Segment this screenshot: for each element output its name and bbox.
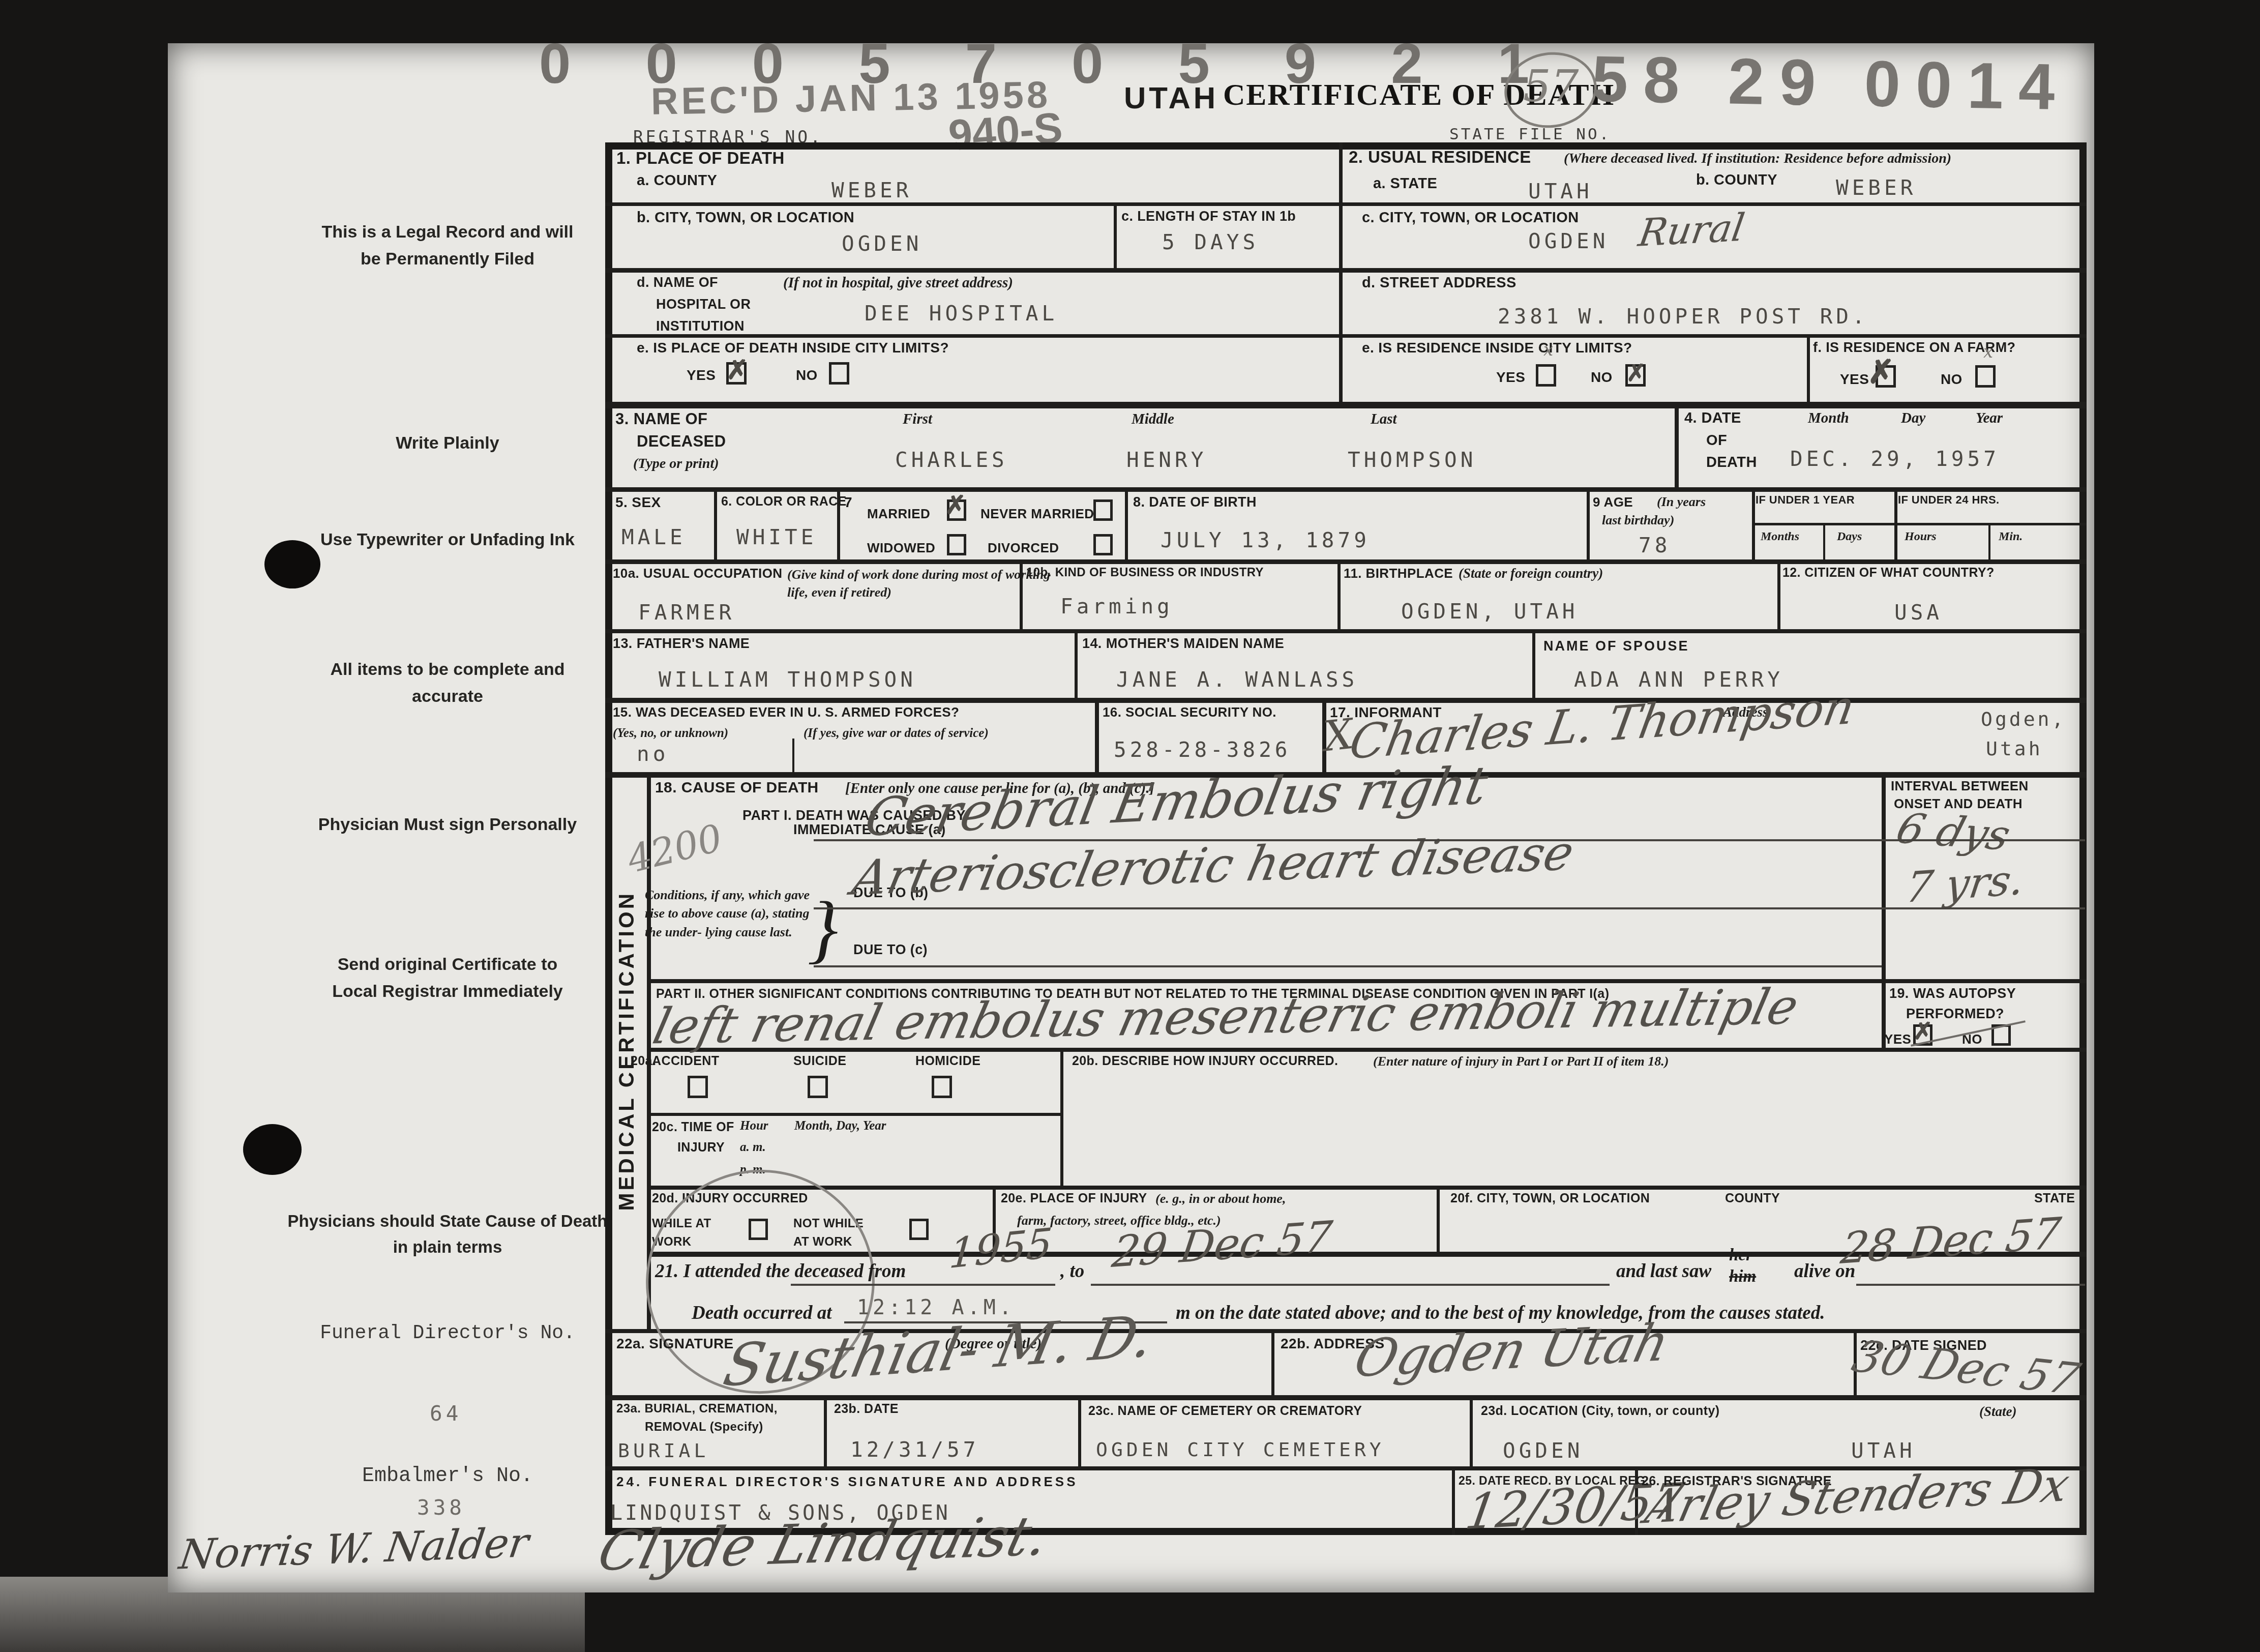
cemetery-state-label: (State) [1979, 1404, 2017, 1420]
first-name-value: CHARLES [895, 448, 1008, 472]
writing-line [814, 839, 2085, 841]
place-of-death-title: 1. PLACE OF DEATH [616, 149, 785, 168]
punch-hole [243, 1124, 302, 1175]
place-city-limits-no-checkbox [829, 362, 849, 385]
street-address-label: d. STREET ADDRESS [1362, 275, 1516, 291]
divider [1470, 1395, 1473, 1466]
under-1-year-label: IF UNDER 1 YEAR [1756, 493, 1855, 507]
interval-b-handwritten: 7 yrs. [1902, 855, 2027, 912]
street-address-value: 2381 W. HOOPER POST RD. [1498, 304, 1868, 329]
armed-forces-value: no [637, 742, 669, 766]
first-name-label: First [903, 411, 932, 428]
divorced-label: DIVORCED [988, 540, 1059, 556]
writing-line [1856, 1284, 2085, 1286]
place-of-injury-label: 20e. PLACE OF INJURY [1001, 1191, 1147, 1206]
state-file-no-label: STATE FILE NO. [1449, 125, 1611, 143]
margin-note-send-original: Send original Certificate to Local Regis… [315, 951, 580, 1005]
divider [1452, 1466, 1455, 1535]
divider [647, 1113, 1061, 1116]
divorced-checkbox [1093, 534, 1113, 555]
accident-checkbox [688, 1076, 708, 1098]
industry-label: 10b. KIND OF BUSINESS OR INDUSTRY [1026, 566, 1264, 580]
date-of-death-label-2: OF [1706, 432, 1727, 449]
cemetery-label: 23c. NAME OF CEMETERY OR CREMATORY [1088, 1404, 1362, 1419]
divider [1675, 402, 1679, 487]
am-label: a. m. [740, 1140, 766, 1155]
color-race-label: 6. COLOR OR RACE [721, 494, 847, 509]
never-married-checkbox [1093, 499, 1113, 521]
father-name-value: WILLIAM THOMPSON [659, 667, 916, 692]
divider [1125, 487, 1128, 559]
burial-date-value: 12/31/57 [850, 1437, 979, 1462]
autopsy-label-1: 19. WAS AUTOPSY [1889, 986, 2016, 1001]
circled-number: 57 [1523, 61, 1579, 112]
checkbox-x-mark: ✗ [1913, 1019, 1933, 1043]
date-of-birth-label: 8. DATE OF BIRTH [1133, 494, 1257, 510]
writing-line [814, 907, 2085, 909]
middle-name-value: HENRY [1126, 448, 1207, 472]
widowed-label: WIDOWED [867, 540, 935, 556]
not-while-at-work-checkbox [909, 1219, 929, 1240]
yes-label: YES [1496, 369, 1525, 386]
20a-number: 20a. [631, 1054, 656, 1069]
pencil-mark: x [1983, 342, 1993, 362]
hospital-label-1: d. NAME OF [637, 275, 718, 290]
homicide-checkbox [932, 1076, 952, 1098]
last-name-value: THOMPSON [1348, 448, 1476, 472]
state-file-number-stamp: 58 29 0014 [1591, 42, 2071, 125]
middle-name-label: Middle [1132, 411, 1174, 428]
injury-state-label: STATE [2034, 1191, 2075, 1206]
spouse-name-label: NAME OF SPOUSE [1543, 638, 1689, 654]
occupation-value: FARMER [638, 600, 735, 625]
divider [1882, 772, 1886, 1048]
residence-city-limits-yes-checkbox [1536, 364, 1556, 387]
writing-line [814, 965, 1882, 967]
no-label: NO [796, 367, 818, 383]
divider [1339, 142, 1343, 402]
date-of-birth-value: JULY 13, 1879 [1161, 528, 1370, 552]
divider [1337, 559, 1341, 629]
residence-county-value: WEBER [1836, 175, 1916, 200]
place-of-injury-hint-1: (e. g., in or about home, [1155, 1191, 1286, 1206]
length-of-stay-label: c. LENGTH OF STAY IN 1b [1121, 209, 1296, 224]
hour-label: Hour [740, 1119, 768, 1133]
divider [1752, 487, 1755, 559]
death-occurred-text-2: m on the date stated above; and to the b… [1176, 1302, 1825, 1324]
sex-label: 5. SEX [615, 494, 661, 511]
funeral-director-label: 24. FUNERAL DIRECTOR'S SIGNATURE AND ADD… [616, 1474, 1078, 1490]
divider [824, 1395, 827, 1466]
divider [1807, 334, 1810, 402]
yes-label: YES [1840, 371, 1869, 388]
residence-farm-no-checkbox [1975, 365, 1996, 388]
divider [1777, 559, 1780, 629]
place-city-limits-label: e. IS PLACE OF DEATH INSIDE CITY LIMITS? [637, 340, 949, 356]
type-or-print-hint: (Type or print) [633, 456, 719, 472]
residence-county-label: b. COUNTY [1696, 172, 1777, 189]
father-name-label: 13. FATHER'S NAME [613, 636, 750, 652]
armed-forces-hint-2: (If yes, give war or dates of service) [804, 726, 989, 741]
divider [1823, 523, 1825, 559]
divider [647, 1186, 2087, 1190]
armed-forces-hint-1: (Yes, no, or unknown) [613, 726, 728, 741]
due-to-c-label: DUE TO (c) [853, 942, 928, 958]
pencil-mark: x [1543, 340, 1553, 360]
age-value: 78 [1639, 533, 1671, 557]
widowed-checkbox [947, 534, 966, 555]
attended-text-3: and last saw [1616, 1260, 1711, 1282]
date-of-death-label-3: DEATH [1706, 454, 1757, 471]
usual-residence-hint: (Where deceased lived. If institution: R… [1564, 150, 2077, 168]
writing-line [1091, 1284, 1610, 1286]
pronoun-him-struck: him [1729, 1267, 1756, 1286]
embalmers-no-value: 338 [417, 1495, 465, 1520]
birthplace-label: 11. BIRTHPLACE [1344, 566, 1453, 581]
injury-county-label: COUNTY [1725, 1191, 1780, 1206]
city-value: OGDEN [842, 231, 922, 256]
divider [605, 268, 2087, 273]
residence-city-value: OGDEN [1528, 229, 1609, 253]
cemetery-value: OGDEN CITY CEMETERY [1096, 1438, 1385, 1461]
describe-injury-label: 20b. DESCRIBE HOW INJURY OCCURRED. [1072, 1054, 1338, 1069]
days-label: Days [1837, 530, 1862, 544]
no-label: NO [1591, 369, 1613, 386]
divider [605, 334, 2087, 338]
checkbox-x-mark: ✗ [726, 357, 749, 383]
time-of-injury-label-1: 20c. TIME OF [652, 1120, 734, 1135]
divider [1587, 487, 1590, 559]
margin-note-plain-terms: Physicians should State Cause of Death i… [280, 1208, 615, 1260]
divider [1078, 1395, 1081, 1466]
divider [605, 559, 2087, 564]
cemetery-state-value: UTAH [1851, 1438, 1916, 1463]
age-hint-2: last birthday) [1602, 513, 1674, 528]
ssn-label: 16. SOCIAL SECURITY NO. [1103, 704, 1276, 720]
injury-city-label: 20f. CITY, TOWN, OR LOCATION [1450, 1191, 1650, 1206]
mother-name-value: JANE A. WANLASS [1116, 667, 1358, 692]
hospital-label-3: INSTITUTION [656, 318, 745, 334]
cemetery-location-label: 23d. LOCATION (City, town, or county) [1481, 1404, 1719, 1419]
color-race-value: WHITE [736, 525, 817, 549]
burial-date-label: 23b. DATE [834, 1402, 899, 1417]
divider [1271, 1329, 1274, 1395]
cause-of-death-title: 18. CAUSE OF DEATH [655, 779, 819, 796]
months-label: Months [1761, 530, 1799, 544]
month-label: Month [1808, 410, 1849, 427]
industry-value: Farming [1060, 594, 1173, 618]
no-label: NO [1941, 371, 1962, 388]
armed-forces-label: 15. WAS DECEASED EVER IN U. S. ARMED FOR… [613, 704, 959, 720]
time-of-injury-label-2: INJURY [677, 1140, 725, 1155]
burial-label-1: 23a. BURIAL, CREMATION, [616, 1402, 778, 1416]
never-married-label: NEVER MARRIED [980, 506, 1094, 522]
homicide-label: HOMICIDE [915, 1054, 980, 1069]
burial-label-2: REMOVAL (Specify) [645, 1420, 763, 1434]
divider [1060, 1048, 1063, 1186]
age-label: 9 AGE [1593, 494, 1633, 510]
funeral-directors-no-value: 64 [430, 1401, 462, 1426]
informant-address-value-1: Ogden, [1981, 708, 2066, 730]
brace-glyph: } [808, 885, 838, 972]
checkbox-x-mark: ✗ [945, 492, 966, 518]
married-label: MARRIED [867, 506, 930, 522]
margin-note-complete: All items to be complete and accurate [315, 656, 580, 710]
hospital-hint: (If not in hospital, give street address… [783, 275, 1013, 291]
last-name-label: Last [1371, 411, 1397, 428]
ssn-value: 528-28-3826 [1114, 737, 1291, 762]
divider [605, 629, 2087, 633]
attended-text-1: 21. I attended the deceased from [655, 1260, 906, 1282]
under-24-hrs-label: IF UNDER 24 HRS. [1898, 493, 2000, 507]
residence-city-limits-label: e. IS RESIDENCE INSIDE CITY LIMITS? [1362, 340, 1632, 356]
margin-note-write-plainly: Write Plainly [315, 430, 580, 457]
name-of-deceased-label-1: 3. NAME OF [615, 410, 707, 428]
citizen-value: USA [1894, 600, 1943, 625]
min-label: Min. [1999, 530, 2023, 544]
usual-residence-title: 2. USUAL RESIDENCE [1349, 147, 1531, 167]
margin-note-legal-record: This is a Legal Record and will be Perma… [315, 219, 580, 272]
divider [714, 487, 717, 559]
checkbox-x-mark: ✗ [1626, 361, 1646, 385]
accident-label: ACCIDENT [652, 1054, 719, 1069]
hospital-value: DEE HOSPITAL [865, 301, 1058, 326]
suicide-checkbox [808, 1076, 828, 1098]
conditions-hint: Conditions, if any, which gave rise to a… [645, 886, 813, 941]
state-label: a. STATE [1373, 175, 1437, 192]
birthplace-value: OGDEN, UTAH [1401, 599, 1579, 624]
residence-city-label: c. CITY, TOWN, OR LOCATION [1362, 210, 1579, 226]
mother-name-label: 14. MOTHER'S MAIDEN NAME [1082, 636, 1284, 652]
city-label: b. CITY, TOWN, OR LOCATION [637, 210, 854, 226]
age-hint-1: (In years [1657, 494, 1706, 510]
title-utah: UTAH [1124, 80, 1218, 115]
attended-text-2: , to [1060, 1260, 1084, 1282]
divider [1752, 523, 2087, 525]
suicide-label: SUICIDE [793, 1054, 846, 1069]
name-of-deceased-label-2: DECEASED [637, 432, 726, 451]
county-label: a. COUNTY [637, 172, 717, 189]
pronoun-her: her [1729, 1246, 1752, 1265]
birthplace-hint: (State or foreign country) [1459, 566, 1603, 581]
divider [1114, 202, 1117, 268]
divider [647, 979, 2087, 983]
divider [1532, 629, 1535, 698]
burial-value: BURIAL [618, 1439, 709, 1462]
marital-number: 7 [844, 494, 852, 511]
writing-line [791, 1284, 1055, 1286]
date-of-death-value: DEC. 29, 1957 [1790, 447, 2000, 471]
residence-city-handwritten: Rural [1635, 205, 1747, 255]
yes-label: YES [687, 367, 716, 383]
occupation-label: 10a. USUAL OCCUPATION [613, 566, 782, 581]
divider [605, 698, 2087, 703]
year-label: Year [1976, 410, 2003, 427]
divider [1075, 629, 1078, 698]
informant-address-value-2: Utah [1986, 737, 2043, 760]
interval-label-1: INTERVAL BETWEEN [1891, 778, 2029, 794]
hours-label: Hours [1905, 530, 1937, 544]
month-day-year-label: Month, Day, Year [794, 1119, 886, 1133]
divider [605, 1395, 2087, 1400]
day-label: Day [1901, 410, 1925, 427]
divider [1894, 487, 1897, 559]
margin-note-physician-sign: Physician Must sign Personally [315, 811, 580, 838]
divider [605, 202, 2087, 206]
death-occurred-text: Death occurred at [692, 1302, 831, 1324]
citizen-label: 12. CITIZEN OF WHAT COUNTRY? [1782, 566, 1995, 580]
county-value: WEBER [831, 178, 912, 202]
hospital-label-2: HOSPITAL OR [656, 297, 751, 312]
interval-a-handwritten: 6 dys [1891, 805, 2015, 860]
describe-injury-hint: (Enter nature of injury in Part I or Par… [1373, 1054, 1669, 1069]
sex-value: MALE [621, 525, 686, 549]
physician-signature-label: 22a. SIGNATURE [616, 1336, 734, 1352]
divider [605, 487, 2087, 492]
divider [1437, 1186, 1440, 1252]
state-value: UTAH [1528, 179, 1593, 203]
divider [605, 402, 2087, 408]
margin-note-typewriter: Use Typewriter or Unfading Ink [290, 526, 605, 553]
embalmers-no-label: Embalmer's No. [305, 1465, 590, 1488]
divider [1095, 698, 1099, 772]
scanned-death-certificate: This is a Legal Record and will be Perma… [0, 0, 2260, 1652]
funeral-directors-no-label: Funeral Director's No. [305, 1322, 590, 1344]
cemetery-location-value: OGDEN [1503, 1438, 1583, 1463]
checkbox-x-mark: ✗ [1867, 356, 1895, 389]
divider [792, 739, 794, 772]
length-of-stay-value: 5 DAYS [1162, 230, 1259, 254]
date-of-death-label-1: 4. DATE [1684, 410, 1741, 427]
divider [1988, 523, 1990, 559]
yes-label: YES [1884, 1031, 1911, 1047]
